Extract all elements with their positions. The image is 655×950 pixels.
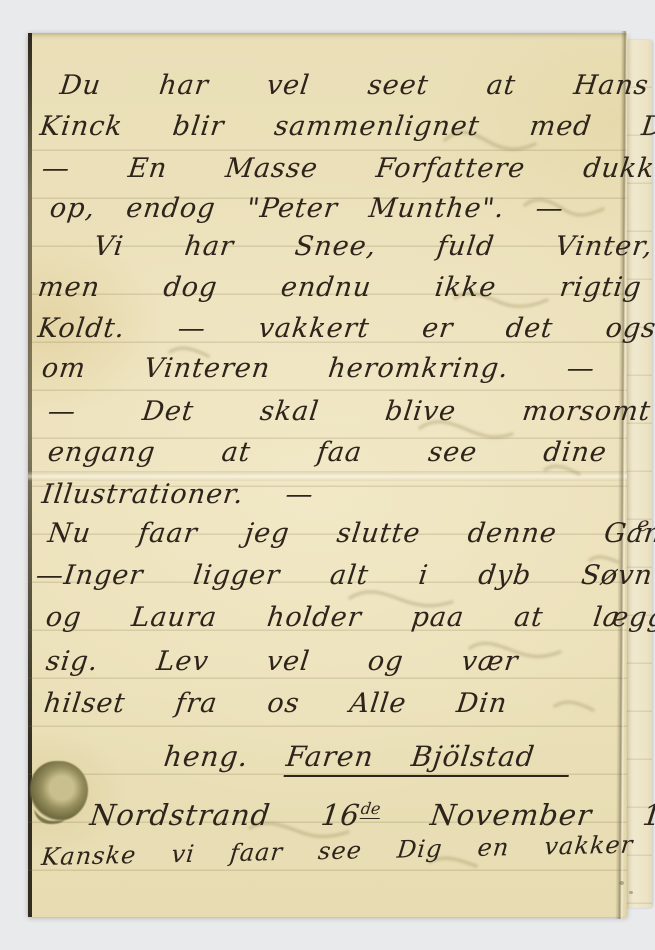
letter-line: hilset fra os Alle Din: [42, 688, 509, 720]
letter-line: op, endog "Peter Munthe". —: [48, 193, 566, 225]
letter-line: sig. Lev vel og vær: [44, 646, 520, 678]
letter-line: Du har vel seet at Hans: [58, 70, 651, 102]
signature-name: Faren Bjölstad: [284, 740, 573, 777]
letter-line: Nu faar jeg slutte denne Gang: [46, 518, 655, 550]
letter-line: Vi har Snee, fuld Vinter,: [92, 231, 655, 263]
letter-line: Illustrationer. —: [40, 479, 316, 511]
letter-line: og Laura holder paa at lægge: [44, 602, 655, 634]
signature-line: heng. Faren Bjölstad: [162, 740, 573, 774]
letter-photo-scene: Du har vel seet at Hans Kinck blir samme…: [0, 0, 655, 950]
letter-line: —Inger ligger alt i dyb Søvn: [34, 560, 655, 592]
letter-line: men dog endnu ikke rigtig: [36, 272, 643, 304]
dateline-place-day: Nordstrand 16: [88, 798, 362, 832]
dateline: Nordstrand 16de November 1896 —: [88, 798, 655, 833]
letter-line: om Vinteren heromkring. —: [40, 353, 597, 385]
letter-line: Kinck blir sammenlignet med Dig —: [38, 111, 655, 143]
letter-line: — Det skal blive morsomt: [46, 396, 653, 428]
letter-line: Koldt. — vakkert er det ogsaa: [36, 313, 655, 345]
dateline-ordinal: de: [360, 799, 382, 819]
postscript-line: Kanske vi faar see Dig en vakker dag?: [40, 829, 655, 872]
letter-line: engang at faa see dine: [46, 437, 609, 469]
signature-prefix: heng.: [162, 740, 251, 773]
dateline-rest: November 1896 —: [378, 798, 655, 832]
handwritten-text-layer: Du har vel seet at Hans Kinck blir samme…: [0, 0, 655, 950]
letter-line: — En Masse Forfattere dukker: [40, 153, 655, 185]
